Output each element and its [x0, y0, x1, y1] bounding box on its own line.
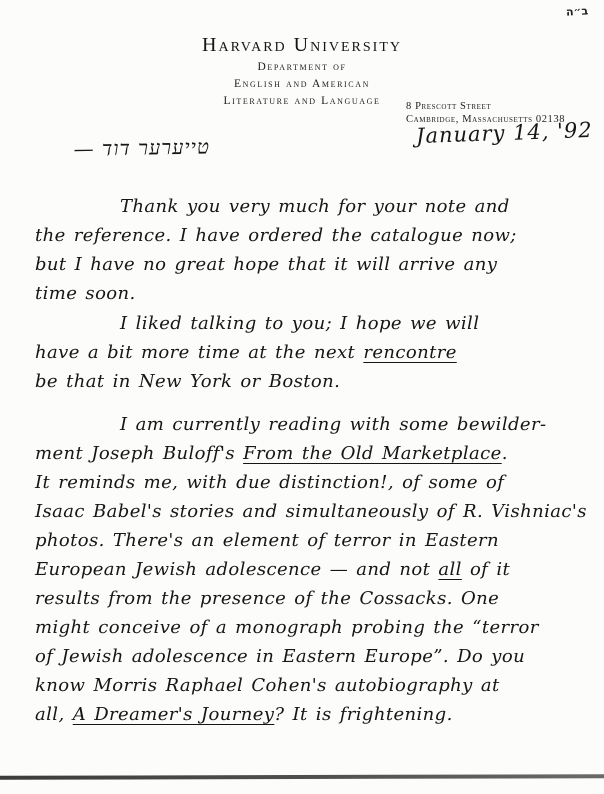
text-segment: of it	[462, 559, 510, 580]
handwritten-line: It reminds me, with due distinction!, of…	[35, 468, 580, 497]
text-segment: European Jewish adolescence — and not	[35, 559, 438, 580]
text-segment: time soon.	[35, 283, 136, 304]
text-segment: Thank you very much for your note and	[120, 196, 510, 217]
handwritten-line: but I have no great hope that it will ar…	[35, 250, 580, 279]
underlined-text: A Dreamer's Journey	[73, 704, 275, 725]
handwritten-line: of Jewish adolescence in Eastern Europe”…	[35, 642, 580, 671]
handwritten-line: Isaac Babel's stories and simultaneously…	[35, 497, 580, 526]
text-segment: but I have no great hope that it will ar…	[35, 254, 497, 275]
handwritten-line: ment Joseph Buloff's From the Old Market…	[35, 439, 580, 468]
handwritten-line: time soon.	[35, 279, 580, 308]
department-line-2: English and American	[0, 77, 604, 91]
handwritten-line: Thank you very much for your note and	[35, 192, 580, 221]
greeting-yiddish: טייערער דוד —	[32, 134, 210, 162]
letter-page: ב״ה Harvard University Department of Eng…	[0, 0, 604, 794]
paragraph: I liked talking to you; I hope we willha…	[35, 309, 580, 396]
handwritten-line: be that in New York or Boston.	[35, 367, 580, 396]
text-segment: I liked talking to you; I hope we will	[120, 313, 479, 334]
handwritten-line: photos. There's an element of terror in …	[35, 526, 580, 555]
text-segment: Isaac Babel's stories and simultaneously…	[35, 501, 587, 522]
underlined-text: From the Old Marketplace	[243, 443, 502, 464]
text-segment: It reminds me, with due distinction!, of…	[35, 472, 504, 493]
department-line-1: Department of	[0, 60, 604, 74]
letterhead: Harvard University Department of English…	[0, 34, 604, 108]
handwritten-line: the reference. I have ordered the catalo…	[35, 221, 580, 250]
scan-edge-line	[0, 774, 604, 780]
text-segment: have a bit more time at the next	[35, 342, 363, 363]
text-segment: all,	[35, 704, 73, 725]
handwritten-line: know Morris Raphael Cohen's autobiograph…	[35, 671, 580, 700]
text-segment: might conceive of a monograph probing th…	[35, 617, 539, 638]
text-segment: know Morris Raphael Cohen's autobiograph…	[35, 675, 500, 696]
text-segment: ? It is frightening.	[274, 704, 452, 725]
handwritten-line: might conceive of a monograph probing th…	[35, 613, 580, 642]
handwritten-line: have a bit more time at the next rencont…	[35, 338, 580, 367]
text-segment: ment Joseph Buloff's	[35, 443, 243, 464]
university-name: Harvard University	[0, 34, 604, 57]
text-segment: I am currently reading with some bewilde…	[120, 414, 546, 435]
text-segment: results from the presence of the Cossack…	[35, 588, 499, 609]
paragraph: I am currently reading with some bewilde…	[35, 410, 580, 729]
address-street: 8 Prescott Street	[406, 100, 565, 113]
text-segment: photos. There's an element of terror in …	[35, 530, 499, 551]
handwritten-date: January 14, '92	[416, 118, 593, 148]
handwritten-line: all, A Dreamer's Journey? It is frighten…	[35, 700, 580, 729]
corner-mark-hebrew: ב״ה	[565, 4, 588, 19]
underlined-text: rencontre	[363, 342, 456, 363]
text-segment: .	[502, 443, 508, 464]
handwritten-line: I am currently reading with some bewilde…	[35, 410, 580, 439]
paragraph: Thank you very much for your note andthe…	[35, 192, 580, 308]
text-segment: be that in New York or Boston.	[35, 371, 340, 392]
handwritten-line: European Jewish adolescence — and not al…	[35, 555, 580, 584]
underlined-text: all	[438, 559, 461, 580]
handwritten-line: results from the presence of the Cossack…	[35, 584, 580, 613]
text-segment: the reference. I have ordered the catalo…	[35, 225, 517, 246]
letter-body: Thank you very much for your note andthe…	[35, 192, 580, 729]
text-segment: of Jewish adolescence in Eastern Europe”…	[35, 646, 525, 667]
handwritten-line: I liked talking to you; I hope we will	[35, 309, 580, 338]
